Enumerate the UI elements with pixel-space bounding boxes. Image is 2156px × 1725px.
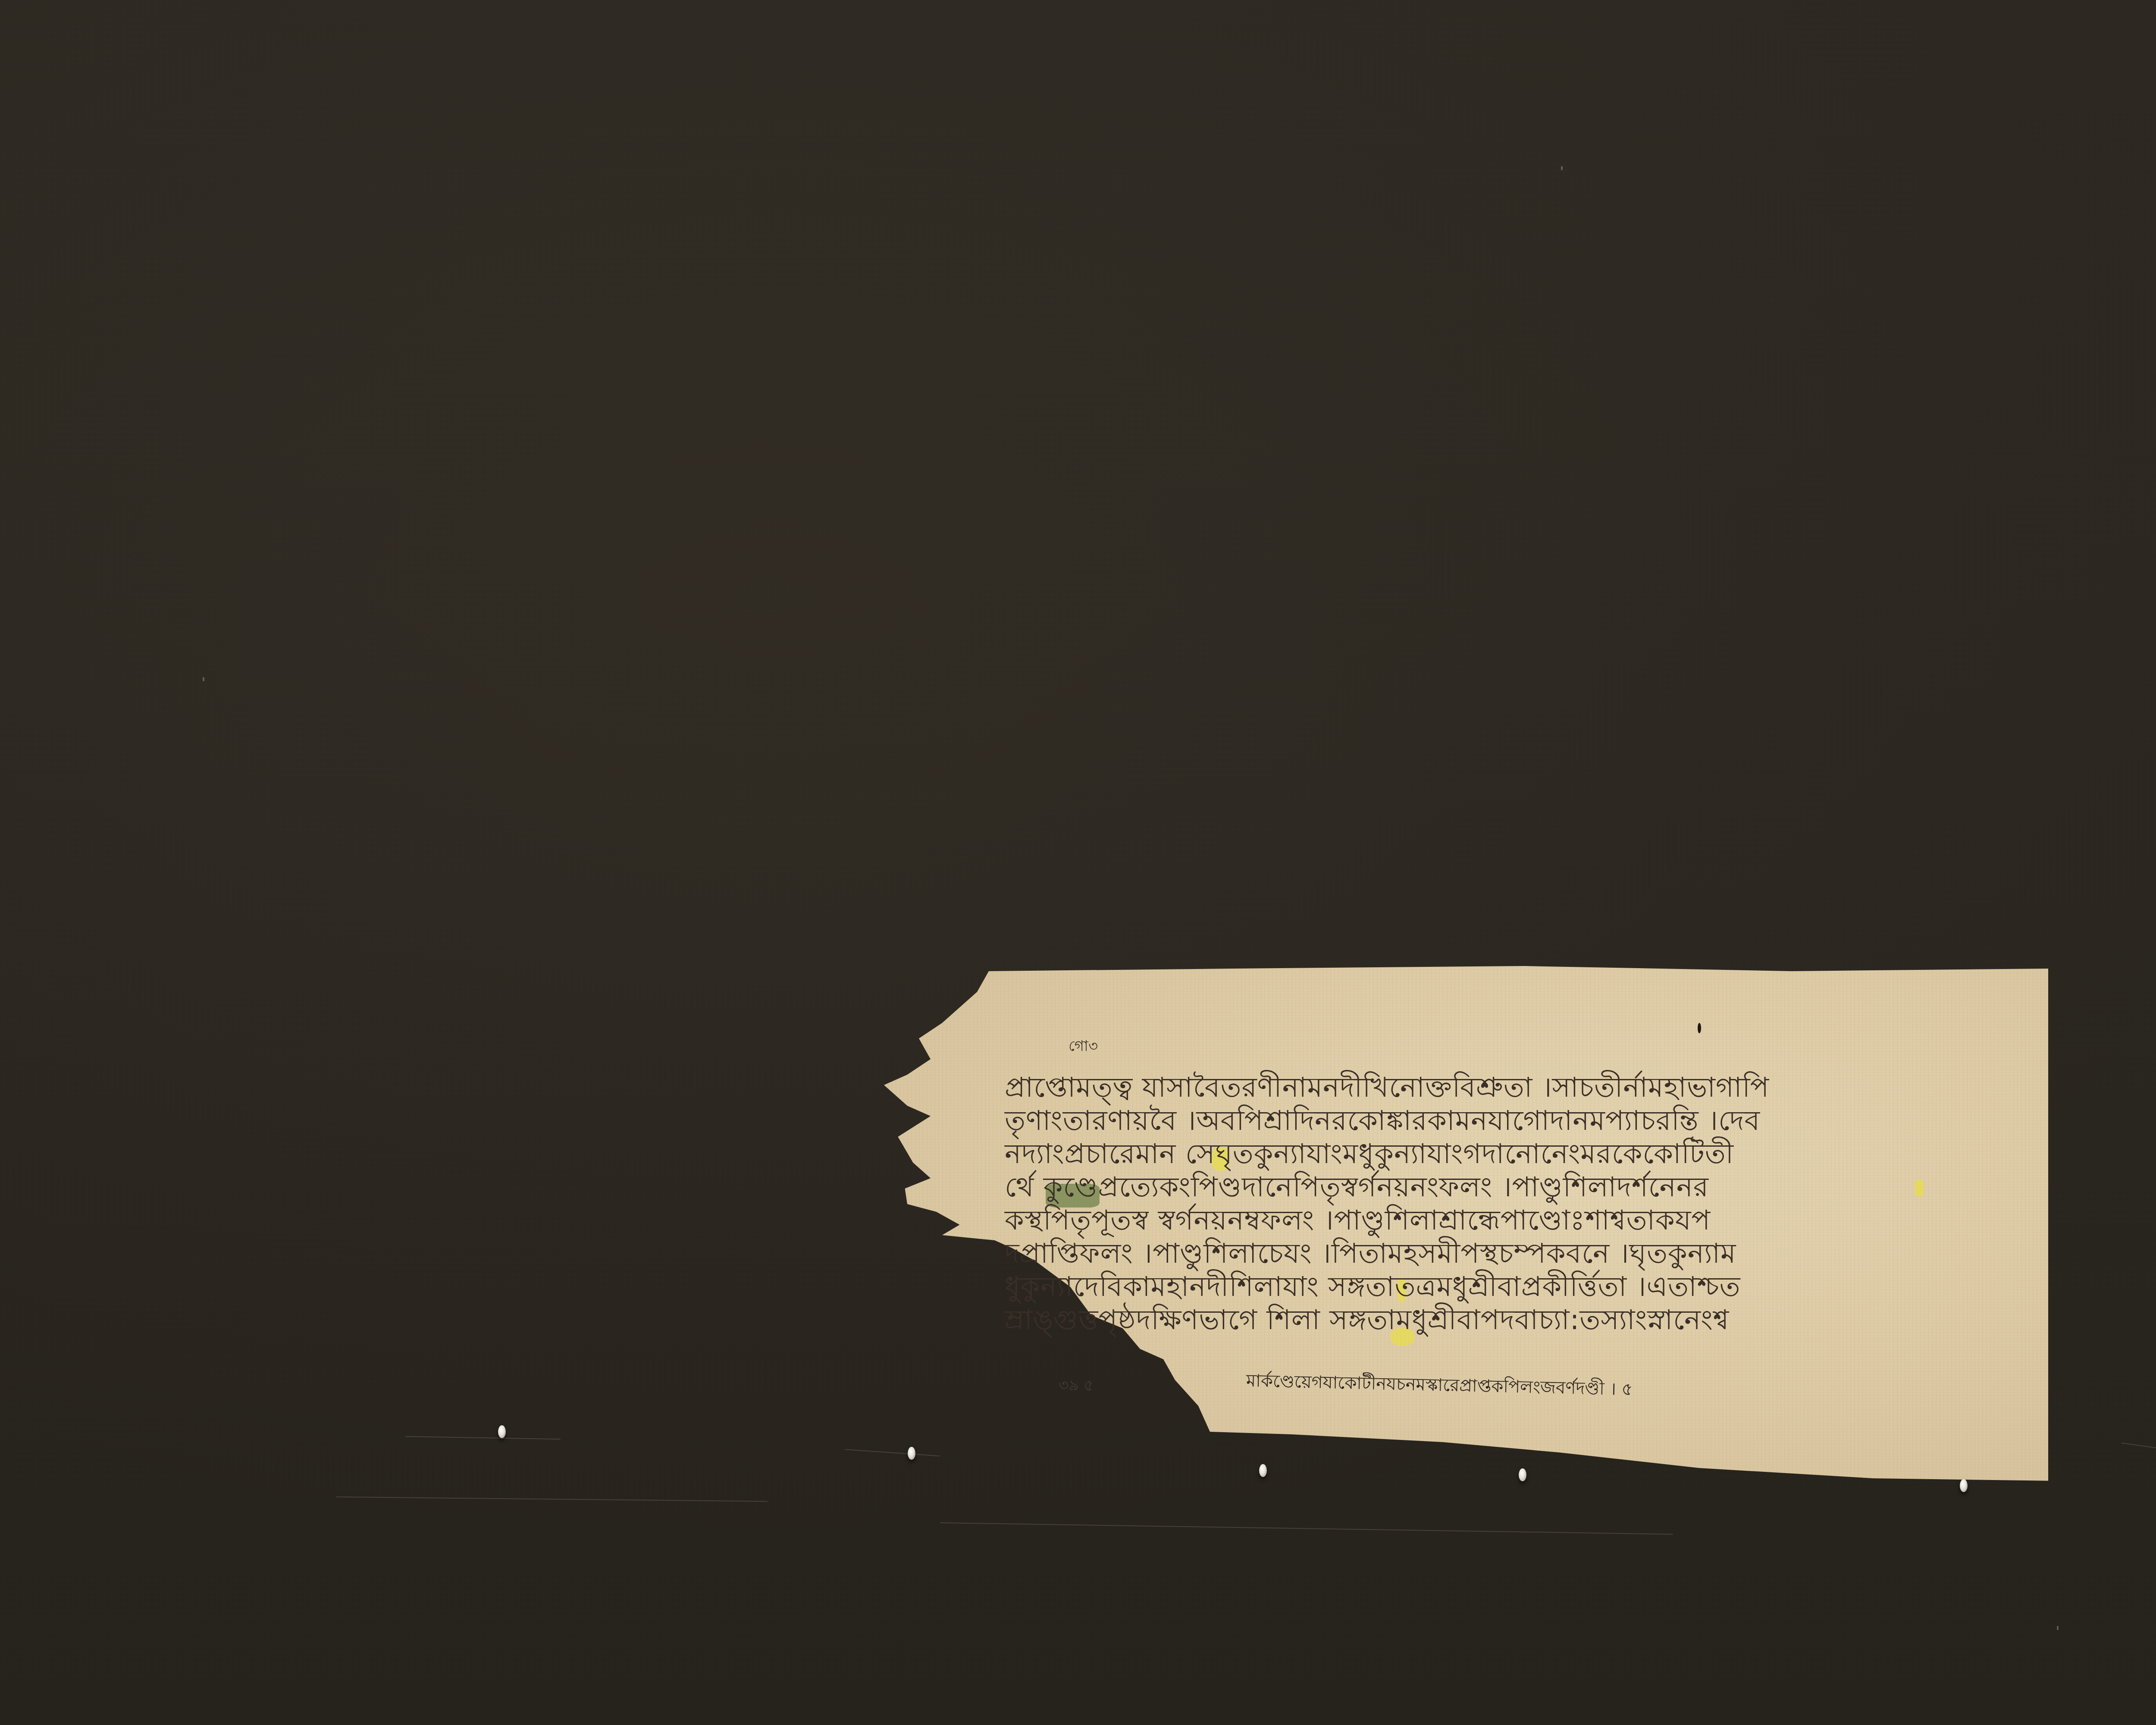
manuscript-line: র্থে কুণ্ডেপ্রত্যেকংপিণ্ডদানেপিতৃস্বর্গন… xyxy=(1005,1173,1709,1201)
manuscript-line: দপ্রাপ্তিফলং ।পাণ্ডুশিলাচেযং ।পিতামহসমীপ… xyxy=(1005,1240,1736,1267)
mount-speck xyxy=(2057,1626,2059,1630)
manuscript-line: প্রাপ্তোমত্ত্ব যাসাবৈতরণীনামনদীখিনোক্তবি… xyxy=(1005,1074,1769,1101)
mounting-pin xyxy=(498,1425,506,1438)
manuscript-line: নদ্যাংপ্রচারেমান সেঘৃতকুন্যাযাংমধুকুন্যা… xyxy=(1005,1140,1734,1168)
manuscript-line: ধুকুন্যাদেবিকামহানদীশিলাযাং সঙ্গতাতত্রমধ… xyxy=(1005,1273,1740,1301)
mounting-pin xyxy=(1960,1479,1968,1492)
folio-marker-bottom: ৩৯ ৫ xyxy=(1059,1374,1094,1399)
mount-speck xyxy=(203,677,204,681)
manuscript-line: ম্রাঙ্গুত্তপৃষ্ঠদক্ষিণভাগে শিলা সঙ্গতামধ… xyxy=(1005,1306,1729,1334)
folio-marker-top: গো৩ xyxy=(1069,1035,1098,1060)
mounting-pin xyxy=(908,1447,915,1460)
mounting-pin xyxy=(1519,1468,1526,1481)
mount-speck xyxy=(1561,166,1563,170)
yellow-pigment-correction xyxy=(1915,1179,1924,1197)
ink-blot xyxy=(1698,1023,1701,1033)
manuscript-line: কস্থপিতৃপূতস্ব স্বর্গনয়নম্বফলং ।পাণ্ডুশ… xyxy=(1005,1207,1711,1234)
mounting-pin xyxy=(1259,1464,1267,1477)
manuscript-line: তৃণাংতারণায়বৈ ।অবপিশ্রাদিনরকোঙ্কারকামনয… xyxy=(1005,1107,1760,1135)
